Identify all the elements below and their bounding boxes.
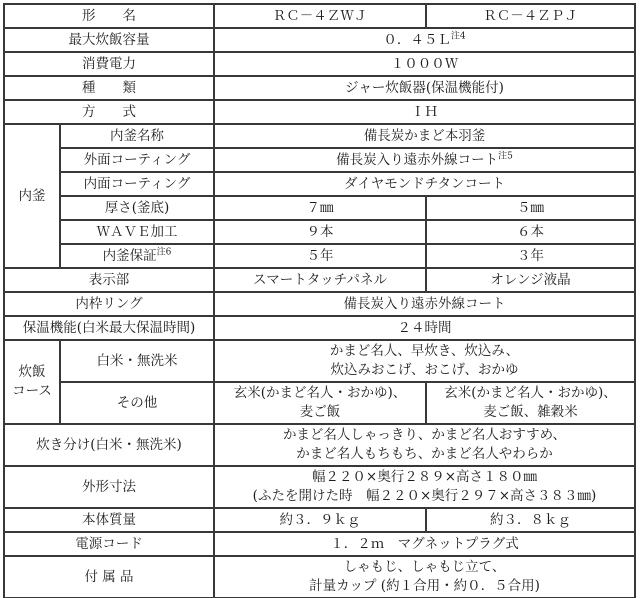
cook-select-line2: かまど名人もちもち、かまど名人やわらか [296,446,553,462]
value-capacity: ０．４５Ｌ注4 [214,28,635,52]
course-other-right-line2: 麦ご飯、雑穀米 [483,404,578,420]
label-course-other: その他 [60,382,214,424]
value-inner-ring: 備長炭入り遠赤外線コート [214,292,635,316]
row-dimensions: 外形寸法 幅２２０×奥行２８９×高さ１８０㎜(ふたを開けた時 幅２２０×奥行２９… [4,466,635,508]
white-rice-line1: かまど名人、早炊き、炊込み、 [330,343,519,359]
group-label-courses: 炊飯コース [4,340,60,424]
value-course-other-left: 玄米(かまど名人・おかゆ)、麦ご飯 [214,382,426,424]
capacity-text: ０．４５Ｌ [383,32,451,48]
group-label-inner-pot: 内釜 [4,124,60,268]
label-type: 種 類 [4,76,214,100]
course-other-right-line1: 玄米(かまど名人・おかゆ)、 [444,385,617,401]
label-weight: 本体質量 [4,508,214,532]
dimensions-line2: (ふたを開けた時 幅２２０×奥行２９７×高さ３８３㎜) [253,488,597,504]
row-course-other: その他 玄米(かまど名人・おかゆ)、麦ご飯 玄米(かまど名人・おかゆ)、麦ご飯、… [4,382,635,424]
accessories-line1: しゃもじ、しゃもじ立て、 [344,559,506,575]
row-wave: ＷＡＶＥ加工 ９本 ６本 [4,220,635,244]
value-outer-coating: 備長炭入り遠赤外線コート注5 [214,148,635,172]
value-power-cord: １．２ｍ マグネットプラグ式 [214,532,635,556]
spec-table: 形 名 ＲＣ－４ＺＷＪ ＲＣ－４ＺＰＪ 最大炊飯容量 ０．４５Ｌ注4 消費電力 … [3,3,636,598]
row-thickness: 厚さ(釜底) ７㎜ ５㎜ [4,196,635,220]
value-display-right: オレンジ液晶 [426,268,635,292]
value-course-other-right: 玄米(かまど名人・おかゆ)、麦ご飯、雑穀米 [426,382,635,424]
footnote-ref-6: 注6 [157,247,172,257]
label-white-rice: 白米・無洗米 [60,340,214,382]
row-warranty: 内釜保証注6 ５年 ３年 [4,244,635,268]
value-type: ジャー炊飯器(保温機能付) [214,76,635,100]
row-capacity: 最大炊飯容量 ０．４５Ｌ注4 [4,28,635,52]
value-thickness-right: ５㎜ [426,196,635,220]
value-white-rice: かまど名人、早炊き、炊込み、炊込みおこげ、おこげ、おかゆ [214,340,635,382]
label-cook-select: 炊き分け(白米・無洗米) [4,424,214,466]
row-inner-ring: 内枠リング 備長炭入り遠赤外線コート [4,292,635,316]
value-cook-select: かまど名人しゃっきり、かまど名人おすすめ、かまど名人もちもち、かまど名人やわらか [214,424,635,466]
value-model-right: ＲＣ－４ＺＰＪ [426,4,635,28]
value-display-left: スマートタッチパネル [214,268,426,292]
courses-label-line1: 炊飯 [19,364,46,380]
label-dimensions: 外形寸法 [4,466,214,508]
label-inner-ring: 内枠リング [4,292,214,316]
white-rice-line2: 炊込みおこげ、おこげ、おかゆ [331,362,519,378]
label-wave: ＷＡＶＥ加工 [60,220,214,244]
warranty-label-text: 内釜保証 [103,248,157,264]
dimensions-line1: 幅２２０×奥行２８９×高さ１８０㎜ [312,469,537,485]
label-capacity: 最大炊飯容量 [4,28,214,52]
row-outer-coating: 外面コーティング 備長炭入り遠赤外線コート注5 [4,148,635,172]
row-course-white-rice: 炊飯コース 白米・無洗米 かまど名人、早炊き、炊込み、炊込みおこげ、おこげ、おか… [4,340,635,382]
value-keep-warm: ２４時間 [214,316,635,340]
label-keep-warm: 保温機能(白米最大保温時間) [4,316,214,340]
row-inner-coating: 内面コーティング ダイヤモンドチタンコート [4,172,635,196]
value-weight-right: 約３．８ｋｇ [426,508,635,532]
row-weight: 本体質量 約３．９ｋｇ 約３．８ｋｇ [4,508,635,532]
label-method: 方 式 [4,100,214,124]
row-display: 表示部 スマートタッチパネル オレンジ液晶 [4,268,635,292]
value-warranty-left: ５年 [214,244,426,268]
value-wave-left: ９本 [214,220,426,244]
row-power-cord: 電源コード １．２ｍ マグネットプラグ式 [4,532,635,556]
value-innerpot-name: 備長炭かまど本羽釜 [214,124,635,148]
outer-coating-text: 備長炭入り遠赤外線コート [336,152,498,168]
value-accessories: しゃもじ、しゃもじ立て、計量カップ (約１合用・約０．５合用) [214,556,635,598]
row-cook-select: 炊き分け(白米・無洗米) かまど名人しゃっきり、かまど名人おすすめ、かまど名人も… [4,424,635,466]
row-innerpot-name: 内釜 内釜名称 備長炭かまど本羽釜 [4,124,635,148]
value-dimensions: 幅２２０×奥行２８９×高さ１８０㎜(ふたを開けた時 幅２２０×奥行２９７×高さ３… [214,466,635,508]
row-power: 消費電力 １０００Ｗ [4,52,635,76]
label-power: 消費電力 [4,52,214,76]
footnote-ref-4: 注4 [451,31,466,41]
course-other-left-line1: 玄米(かまど名人・おかゆ)、 [234,385,407,401]
value-thickness-left: ７㎜ [214,196,426,220]
label-innerpot-name: 内釜名称 [60,124,214,148]
value-weight-left: 約３．９ｋｇ [214,508,426,532]
label-inner-coating: 内面コーティング [60,172,214,196]
courses-label-line2: コース [12,383,52,399]
value-wave-right: ６本 [426,220,635,244]
footnote-ref-5: 注5 [498,151,513,161]
label-outer-coating: 外面コーティング [60,148,214,172]
value-power: １０００Ｗ [214,52,635,76]
label-thickness: 厚さ(釜底) [60,196,214,220]
course-other-left-line2: 麦ご飯 [300,404,341,420]
row-keep-warm: 保温機能(白米最大保温時間) ２４時間 [4,316,635,340]
label-model: 形 名 [4,4,214,28]
row-accessories: 付 属 品 しゃもじ、しゃもじ立て、計量カップ (約１合用・約０．５合用) [4,556,635,598]
value-warranty-right: ３年 [426,244,635,268]
cook-select-line1: かまど名人しゃっきり、かまど名人おすすめ、 [283,427,566,443]
accessories-line2: 計量カップ (約１合用・約０．５合用) [309,578,540,594]
value-inner-coating: ダイヤモンドチタンコート [214,172,635,196]
value-model-left: ＲＣ－４ＺＷＪ [214,4,426,28]
row-model: 形 名 ＲＣ－４ＺＷＪ ＲＣ－４ＺＰＪ [4,4,635,28]
label-power-cord: 電源コード [4,532,214,556]
label-display: 表示部 [4,268,214,292]
row-method: 方 式 ＩＨ [4,100,635,124]
value-method: ＩＨ [214,100,635,124]
label-accessories: 付 属 品 [4,556,214,598]
label-warranty: 内釜保証注6 [60,244,214,268]
row-type: 種 類 ジャー炊飯器(保温機能付) [4,76,635,100]
spec-sheet-page: 形 名 ＲＣ－４ＺＷＪ ＲＣ－４ＺＰＪ 最大炊飯容量 ０．４５Ｌ注4 消費電力 … [0,0,640,598]
